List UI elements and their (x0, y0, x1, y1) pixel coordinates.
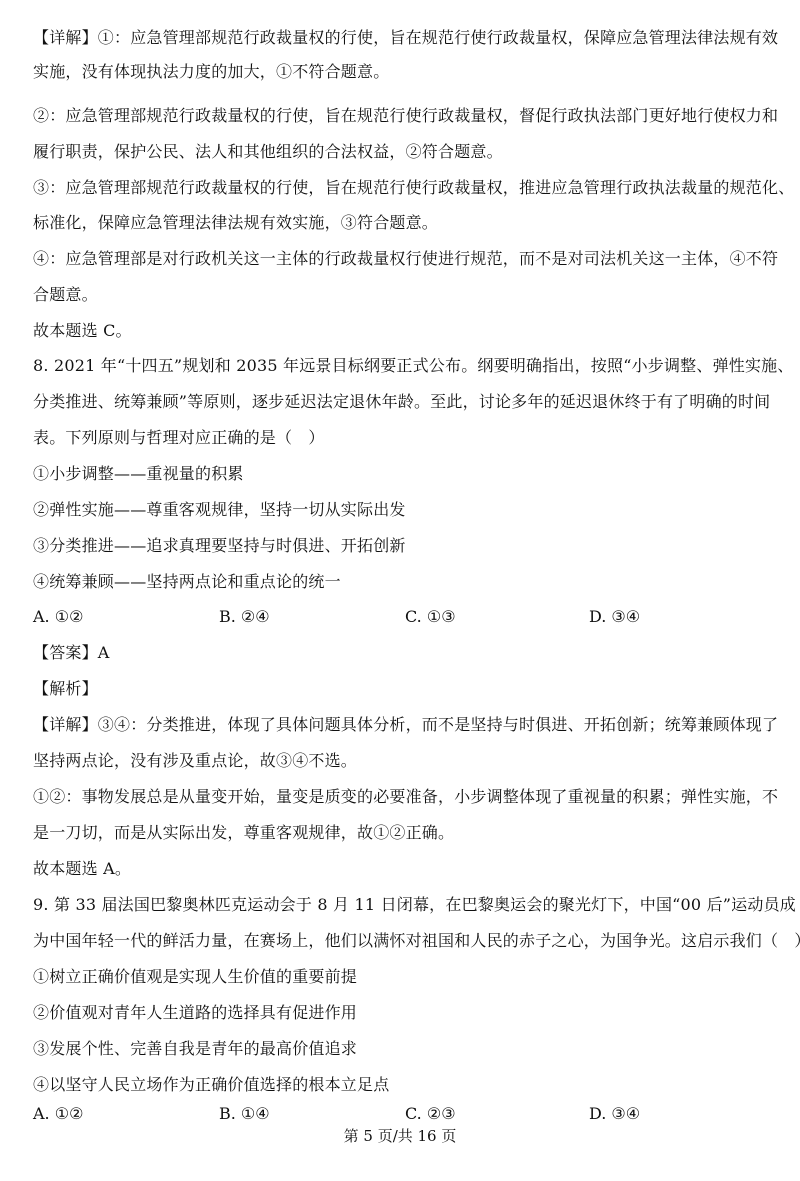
q9-option-a: A. ①② (33, 1104, 83, 1124)
explanation-item-1-cont: 实施，没有体现执法力度的加大，①不符合题意。 (33, 62, 389, 82)
q8-statement-3: ③分类推进——追求真理要坚持与时俱进、开拓创新 (33, 536, 406, 556)
q8-conclusion: 故本题选 A。 (33, 859, 131, 879)
q8-stem-cont: 分类推进、统筹兼顾”等原则，逐步延迟法定退休年龄。至此，讨论多年的延迟退休终于有… (33, 392, 770, 412)
q9-stem-cont: 为中国年轻一代的鲜活力量，在赛场上，他们以满怀对祖国和人民的赤子之心，为国争光。… (33, 931, 800, 951)
q8-statement-4: ④统筹兼顾——坚持两点论和重点论的统一 (33, 572, 341, 592)
q9-option-b: B. ①④ (219, 1104, 270, 1124)
q9-statement-2: ②价值观对青年人生道路的选择具有促进作用 (33, 1003, 357, 1023)
q8-explanation-2: ①②：事物发展总是从量变开始，量变是质变的必要准备，小步调整体现了重视量的积累；… (33, 787, 778, 807)
q9-statement-3: ③发展个性、完善自我是青年的最高价值追求 (33, 1039, 357, 1059)
q8-option-a: A. ①② (33, 607, 83, 627)
explanation-item-4-cont: 合题意。 (33, 285, 98, 305)
q8-stem-question: 表。下列原则与哲理对应正确的是（ ） (33, 428, 325, 448)
q8-explanation-cont: 坚持两点论，没有涉及重点论，故③④不选。 (33, 751, 357, 771)
explanation-item-3: ③：应急管理部规范行政裁量权的行使，旨在规范行使行政裁量权，推进应急管理行政执法… (33, 178, 794, 198)
q7-conclusion: 故本题选 C。 (33, 321, 132, 341)
page-number-footer: 第 5 页/共 16 页 (0, 1126, 800, 1146)
q8-explanation: 【详解】③④：分类推进，体现了具体问题具体分析，而不是坚持与时俱进、开拓创新；统… (33, 715, 778, 735)
explanation-item-2: ②：应急管理部规范行政裁量权的行使，旨在规范行使行政裁量权，督促行政执法部门更好… (33, 106, 778, 126)
explanation-item-2-cont: 履行职责，保护公民、法人和其他组织的合法权益，②符合题意。 (33, 142, 503, 162)
q8-statement-2: ②弹性实施——尊重客观规律，坚持一切从实际出发 (33, 500, 406, 520)
q9-option-d: D. ③④ (589, 1104, 640, 1124)
explanation-item-3-cont: 标准化，保障应急管理法律法规有效实施，③符合题意。 (33, 213, 438, 233)
q9-statement-4: ④以坚守人民立场作为正确价值选择的根本立足点 (33, 1075, 389, 1095)
q8-option-b: B. ②④ (219, 607, 270, 627)
q8-option-d: D. ③④ (589, 607, 640, 627)
q8-explanation-2-cont: 是一刀切，而是从实际出发，尊重客观规律，故①②正确。 (33, 823, 454, 843)
q8-stem: 8. 2021 年“十四五”规划和 2035 年远景目标纲要正式公布。纲要明确指… (33, 356, 794, 376)
q8-analysis-heading: 【解析】 (33, 679, 98, 699)
q9-stem: 9. 第 33 届法国巴黎奥林匹克运动会于 8 月 11 日闭幕，在巴黎奥运会的… (33, 895, 796, 915)
q8-statement-1: ①小步调整——重视量的积累 (33, 464, 244, 484)
q9-option-c: C. ②③ (405, 1104, 456, 1124)
q9-statement-1: ①树立正确价值观是实现人生价值的重要前提 (33, 967, 357, 987)
explanation-item-1: 【详解】①：应急管理部规范行政裁量权的行使，旨在规范行使行政裁量权，保障应急管理… (33, 28, 778, 48)
q8-answer: 【答案】A (33, 643, 110, 663)
explanation-item-4: ④：应急管理部是对行政机关这一主体的行政裁量权行使进行规范，而不是对司法机关这一… (33, 249, 778, 269)
q8-option-c: C. ①③ (405, 607, 456, 627)
